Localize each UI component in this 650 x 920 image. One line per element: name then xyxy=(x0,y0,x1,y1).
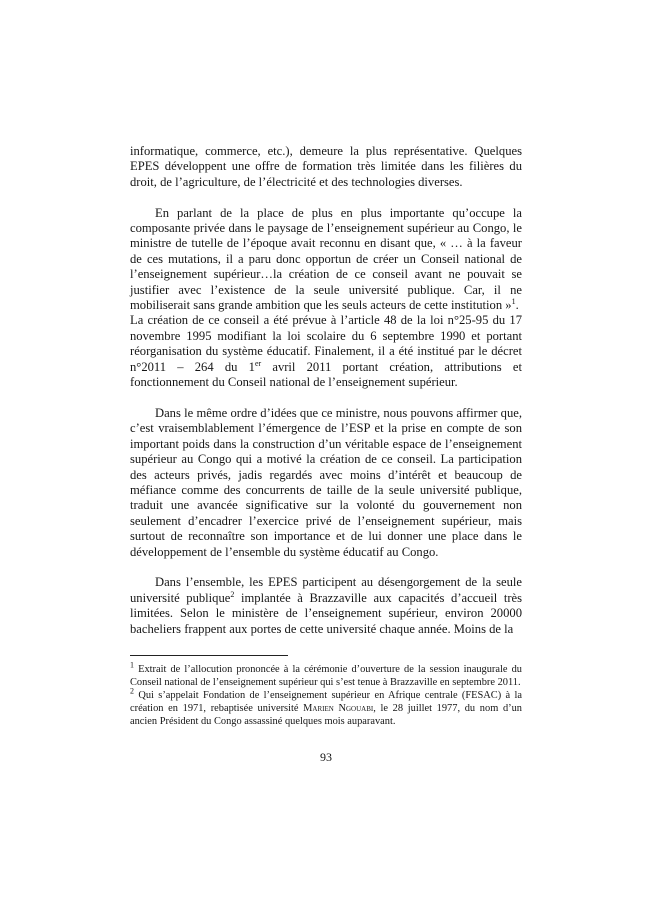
footnote: 2 Qui s’appelait Fondation de l’enseigne… xyxy=(130,689,522,728)
document-page: informatique, commerce, etc.), demeure l… xyxy=(0,0,650,920)
footnotes-section: 1 Extrait de l’allocution prononcée à la… xyxy=(130,655,522,728)
text-segment: . xyxy=(516,298,519,312)
body-paragraph: informatique, commerce, etc.), demeure l… xyxy=(130,144,522,190)
footnote: 1 Extrait de l’allocution prononcée à la… xyxy=(130,663,522,689)
body-paragraph: En parlant de la place de plus en plus i… xyxy=(130,206,522,314)
body-paragraph: Dans l’ensemble, les EPES participent au… xyxy=(130,575,522,637)
text-segment: Dans le même ordre d’idées que ce minist… xyxy=(130,406,522,559)
footnote-separator-rule xyxy=(130,655,288,656)
footnotes-list: 1 Extrait de l’allocution prononcée à la… xyxy=(130,663,522,728)
body-paragraph: Dans le même ordre d’idées que ce minist… xyxy=(130,406,522,560)
body-paragraph: La création de ce conseil a été prévue à… xyxy=(130,313,522,390)
body-text-block: informatique, commerce, etc.), demeure l… xyxy=(130,144,522,637)
text-segment: En parlant de la place de plus en plus i… xyxy=(130,206,522,312)
text-segment: Extrait de l’allocution prononcée à la c… xyxy=(130,664,522,688)
text-segment: Marien Ngouabi xyxy=(303,703,373,714)
text-segment: informatique, commerce, etc.), demeure l… xyxy=(130,144,522,189)
page-number: 93 xyxy=(130,750,522,765)
